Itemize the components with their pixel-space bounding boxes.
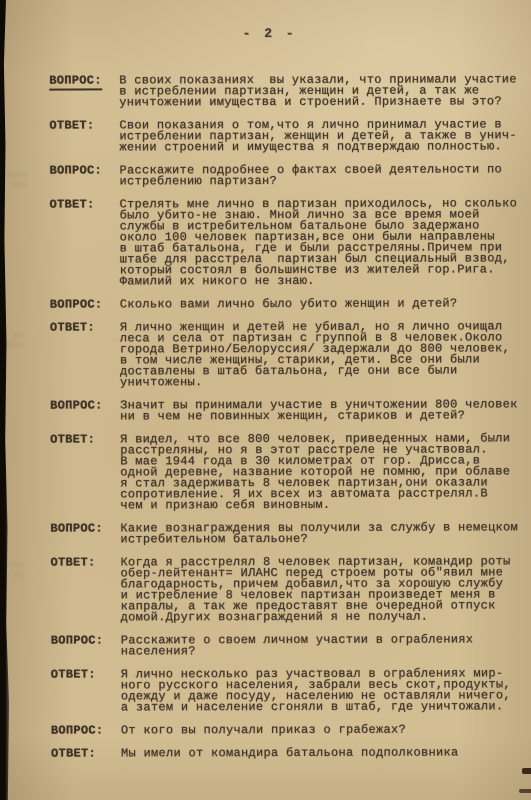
answer-label: ОТВЕТ: xyxy=(50,434,120,445)
question-block: ВОПРОС:Сколько вами лично было убито жен… xyxy=(50,298,531,310)
question-block: ВОПРОС:Расскажите подробнее о фактах сво… xyxy=(49,164,530,187)
question-block: ВОПРОС:В своих показаниях вы указали, чт… xyxy=(49,74,530,108)
answer-block: ОТВЕТ:Когда я расстрелял 8 человек парти… xyxy=(50,556,531,623)
answer-label: ОТВЕТ: xyxy=(50,322,120,333)
answer-text: Стрелять мне лично в партизан приходилос… xyxy=(120,198,518,287)
question-label: ВОПРОС: xyxy=(51,725,121,736)
answer-text: Свои показания о том,что я лично принима… xyxy=(119,119,517,153)
answer-label: ОТВЕТ: xyxy=(51,748,121,759)
answer-label: ОТВЕТ: xyxy=(50,557,120,568)
answer-label: ОТВЕТ: xyxy=(51,669,121,680)
question-text: В своих показаниях вы указали, что прини… xyxy=(119,74,517,108)
question-text: От кого вы получали приказ о грабежах? xyxy=(121,725,406,737)
answer-label: ОТВЕТ: xyxy=(49,120,119,131)
answer-text: Мы имели от командира батальона подполко… xyxy=(121,747,459,759)
question-label: ВОПРОС: xyxy=(50,299,120,310)
question-block: ВОПРОС:От кого вы получали приказ о граб… xyxy=(51,724,531,736)
qa-list: ВОПРОС:В своих показаниях вы указали, чт… xyxy=(49,74,531,759)
answer-text: Я лично женщин и детей не убивал, но я л… xyxy=(120,321,510,388)
answer-text: Я видел, что все 800 человек, приведенны… xyxy=(120,433,510,511)
answer-block: ОТВЕТ:Стрелять мне лично в партизан прих… xyxy=(50,198,531,287)
question-text: Значит вы принимали участие в уничтожени… xyxy=(120,399,518,422)
answer-block: ОТВЕТ:Я лично женщин и детей не убивал, … xyxy=(50,321,531,388)
ink-smudge-right xyxy=(522,768,531,774)
question-block: ВОПРОС:Значит вы принимали участие в уни… xyxy=(50,399,531,422)
question-text: Сколько вами лично было убито женщин и д… xyxy=(120,298,458,310)
answer-label: ОТВЕТ: xyxy=(50,199,120,210)
question-label: ВОПРОС: xyxy=(49,165,119,176)
question-block: ВОПРОС:Какие вознаграждения вы получили … xyxy=(50,522,531,545)
question-text: Какие вознаграждения вы получили за служ… xyxy=(120,522,518,545)
question-label: ВОПРОС: xyxy=(50,400,120,411)
question-text: Расскажите о своем личном участии в огра… xyxy=(121,634,474,657)
page-number: - 2 - xyxy=(49,25,490,41)
question-label: ВОПРОС: xyxy=(49,75,119,86)
answer-block: ОТВЕТ:Мы имели от командира батальона по… xyxy=(51,747,531,759)
answer-block: ОТВЕТ:Свои показания о том,что я лично п… xyxy=(49,119,530,153)
question-block: ВОПРОС:Расскажите о своем личном участии… xyxy=(51,634,531,657)
answer-text: Я лично несколько раз участвовал в ограб… xyxy=(121,668,511,713)
question-label: ВОПРОС: xyxy=(51,635,121,646)
ink-smudge-right xyxy=(519,789,531,793)
answer-text: Когда я расстрелял 8 человек партизан, к… xyxy=(120,556,510,623)
answer-block: ОТВЕТ:Я видел, что все 800 человек, прив… xyxy=(50,433,531,511)
document-page: ▮▮▮▮ ▮▮▮ ▮▮ ▮▮▮▮ ▮▮▮ ▮▮ ▮▮▮▮▮ - 2 - ВОПР… xyxy=(0,0,531,800)
answer-block: ОТВЕТ:Я лично несколько раз участвовал в… xyxy=(51,668,531,713)
question-text: Расскажите подробнее о фактах своей деят… xyxy=(119,164,502,187)
question-label: ВОПРОС: xyxy=(50,523,120,534)
typewritten-content: - 2 - ВОПРОС:В своих показаниях вы указа… xyxy=(0,0,531,760)
